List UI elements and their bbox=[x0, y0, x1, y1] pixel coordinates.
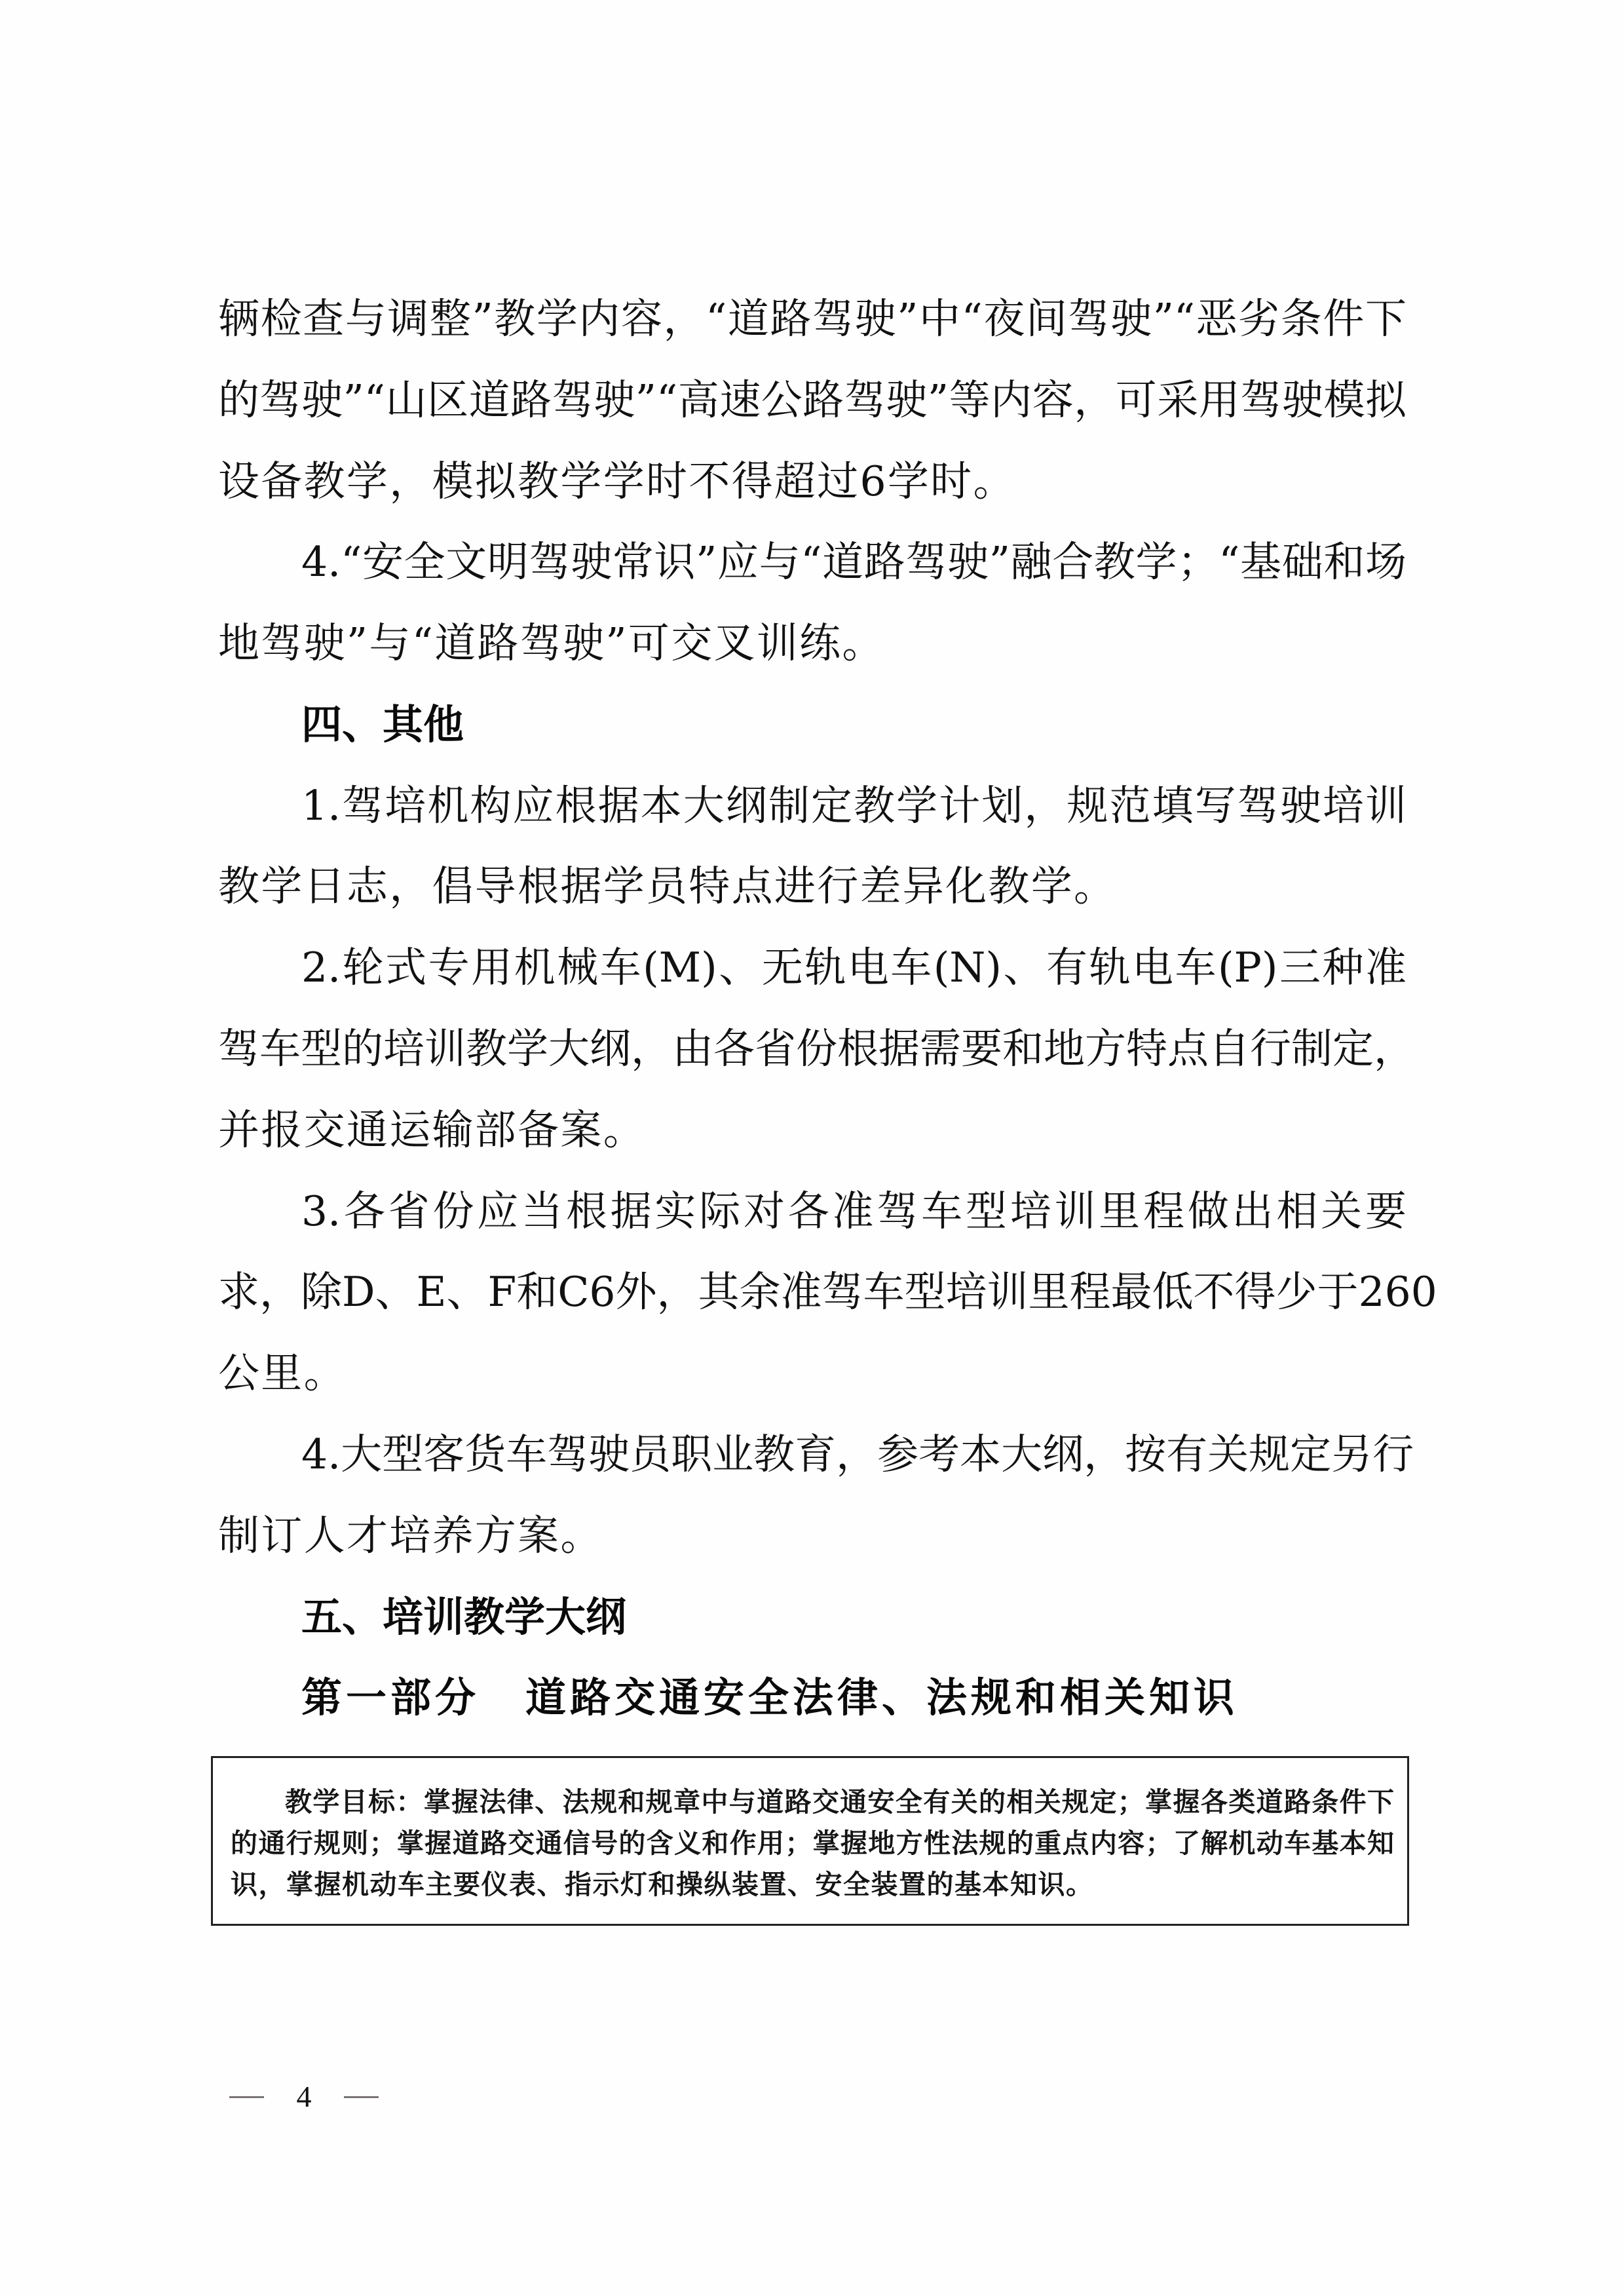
section-heading-5: 五、培训教学大纲 bbox=[301, 1591, 626, 1643]
page-number-dash-left bbox=[229, 2096, 264, 2098]
paragraph-line: 4.“安全文明驾驶常识”应与“道路驾驶”融合教学；“基础和场 bbox=[301, 536, 1407, 588]
part-title-text: 道路交通安全法律、法规和相关知识 bbox=[525, 1674, 1238, 1721]
paragraph-line: 制订人才培养方案。 bbox=[218, 1510, 1407, 1562]
section-heading-4: 四、其他 bbox=[301, 698, 464, 751]
objective-line: 的通行规则；掌握道路交通信号的含义和作用；掌握地方性法规的重点内容；了解机动车基… bbox=[231, 1824, 1394, 1863]
page-number-footer: 4 bbox=[229, 2080, 387, 2113]
paragraph-line: 4.大型客货车驾驶员职业教育，参考本大纲，按有关规定另行 bbox=[301, 1428, 1407, 1481]
paragraph-line: 驾车型的培训教学大纲，由各省份根据需要和地方特点自行制定， bbox=[218, 1023, 1407, 1075]
paragraph-line: 1.驾培机构应根据本大纲制定教学计划，规范填写驾驶培训 bbox=[301, 780, 1407, 832]
paragraph-line: 3.各省份应当根据实际对各准驾车型培训里程做出相关要 bbox=[301, 1185, 1407, 1238]
part-label: 第一部分 bbox=[301, 1674, 480, 1721]
page-number-dash-right bbox=[344, 2096, 379, 2098]
part-title: 第一部分道路交通安全法律、法规和相关知识 bbox=[301, 1672, 1238, 1724]
objective-line: 识，掌握机动车主要仪表、指示灯和操纵装置、安全装置的基本知识。 bbox=[231, 1865, 1394, 1904]
paragraph-line: 公里。 bbox=[218, 1347, 1407, 1400]
paragraph-line: 2.轮式专用机械车(M)、无轨电车(N)、有轨电车(P)三种准 bbox=[301, 942, 1407, 994]
paragraph-line: 求，除D、E、F和C6外，其余准驾车型培训里程最低不得少于260 bbox=[218, 1266, 1407, 1318]
paragraph-line: 教学日志，倡导根据学员特点进行差异化教学。 bbox=[218, 860, 1407, 913]
paragraph-line: 辆检查与调整”教学内容，“道路驾驶”中“夜间驾驶”“恶劣条件下 bbox=[218, 293, 1407, 345]
page-number: 4 bbox=[264, 2080, 344, 2113]
paragraph-line: 地驾驶”与“道路驾驶”可交叉训练。 bbox=[218, 617, 1407, 670]
objective-line: 教学目标：掌握法律、法规和规章中与道路交通安全有关的相关规定；掌握各类道路条件下 bbox=[285, 1782, 1394, 1822]
document-page: 辆检查与调整”教学内容，“道路驾驶”中“夜间驾驶”“恶劣条件下 的驾驶”“山区道… bbox=[0, 0, 1624, 2296]
paragraph-line: 的驾驶”“山区道路驾驶”“高速公路驾驶”等内容，可采用驾驶模拟 bbox=[218, 374, 1407, 427]
paragraph-line: 并报交通运输部备案。 bbox=[218, 1104, 1407, 1157]
paragraph-line: 设备教学，模拟教学学时不得超过6学时。 bbox=[218, 455, 1407, 508]
teaching-objective-box: 教学目标：掌握法律、法规和规章中与道路交通安全有关的相关规定；掌握各类道路条件下… bbox=[211, 1756, 1409, 1926]
